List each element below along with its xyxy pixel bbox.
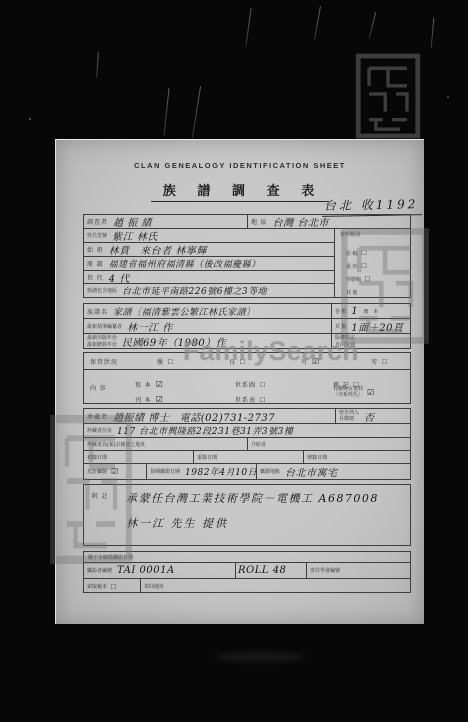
genealogy-title-label: 族譜名 <box>84 307 111 316</box>
condition-poor-checkbox: □ <box>381 357 388 366</box>
remarks-line1: 承蒙任台灣工業技術學院－電機工 A687008 <box>124 490 381 506</box>
content-pedigree-table-label: 世系表 <box>232 398 259 404</box>
area-value: 台灣 台北市 <box>271 215 331 228</box>
material-type-header: 資料類別 <box>337 231 363 238</box>
film-scratch <box>245 8 251 46</box>
added-record-date-label: 增錄日期 <box>304 454 330 461</box>
listed-label: 曾否列入 目錄冊 <box>336 410 362 423</box>
holder-value: 趙振績 博士 電話(02)731-2737 <box>111 409 277 423</box>
year-label-line1: 最新出版年份 <box>87 335 117 341</box>
film-smudge <box>215 652 305 662</box>
film-scratch <box>314 6 321 40</box>
holder-address-value: 117 台北市興隆路2段231巷31弄3號3樓 <box>115 424 295 437</box>
genealogy-title-value: 家譜〔福清紫雲公繁江林氏家譜〕 <box>111 305 258 318</box>
content-manuscript-checkbox: ☑ <box>155 380 164 389</box>
volumes-label: 卷 數 <box>332 308 349 315</box>
microfilm-header: 關于本縮微攝影日期 <box>84 554 136 561</box>
genealogy-form-paper: CLAN GENEALOGY IDENTIFICATION SHEET 族 譜 … <box>55 139 424 624</box>
content-printed-label: 刊 本 <box>132 398 155 404</box>
dust-speck <box>29 118 31 120</box>
material-type-column: 資料類別 原 稿□ 重 抄□ 抄謄稿□ 其 他 <box>335 229 410 297</box>
photographer-number-value: TAI 0001A <box>115 565 177 576</box>
photographer-number-label: 攝影者編號 <box>84 567 115 574</box>
listed-label-line2: 目錄冊 <box>339 416 359 422</box>
dust-speck <box>447 96 449 98</box>
seal-bleedthrough-top-icon <box>348 52 428 140</box>
surname-hall-label: 姓氏堂號 <box>84 232 110 239</box>
sheet-title-chinese-text: 族 譜 調 查 表 <box>151 180 329 202</box>
compiler-value: 林一江 作 <box>125 319 175 333</box>
introducer-label: 介紹者 <box>248 441 269 448</box>
content-label: 內 容 <box>84 383 110 392</box>
film-scratch <box>163 88 169 136</box>
association-address-label: 珍藏者為(某)宗親會之地址 <box>84 441 148 448</box>
request-copy-label: 索取複本 <box>84 583 110 590</box>
year-label: 最新出版年份 最新謄寫年份 <box>84 335 120 348</box>
sheet-title-english: CLAN GENEALOGY IDENTIFICATION SHEET <box>56 161 424 170</box>
listed-value: 否 <box>362 409 377 423</box>
microfilm-table: 關于本縮微攝影日期 攝影者編號 TAI 0001A ROLL 48 寄往學會編號… <box>83 551 411 593</box>
filming-permitted-label: 允許攝製 <box>84 468 110 475</box>
holder-address-label: 珍藏者住址 <box>84 427 115 434</box>
content-printed-checkbox: ☑ <box>155 395 164 404</box>
material-other-label: 其 他 <box>343 290 360 296</box>
filming-date-label: 預期攝製日期 <box>147 468 183 475</box>
content-pedigree-table-checkbox: □ <box>259 395 266 404</box>
remarks-table: 附 註 承蒙任台灣工業技術學院－電機工 A687008 林一江 先生 提供 <box>83 484 411 546</box>
founder-value: 林賁 來台者 林寧輝 <box>107 242 209 257</box>
coverage-label: 族譜包含地區 <box>84 287 120 294</box>
request-copy-checkbox: □ <box>110 582 117 591</box>
content-women-label-line2: 〔旁系姓氏〕 <box>333 392 363 398</box>
film-scratch <box>431 18 435 48</box>
origin-value: 福建省福州府福清縣（後改福慶縣） <box>107 257 263 270</box>
filming-place-value: 台北市寓宅 <box>283 464 340 479</box>
film-scratch <box>192 86 201 138</box>
content-women-label: 有關婦女資料 〔旁系姓氏〕 <box>330 386 366 399</box>
material-transcript-checkbox: □ <box>364 274 371 283</box>
filming-permitted-checkbox: ☑ <box>110 467 119 476</box>
volumes-unit: 冊 本 <box>360 308 381 315</box>
microfilm-scan-frame: CLAN GENEALOGY IDENTIFICATION SHEET 族 譜 … <box>0 0 468 722</box>
condition-label: 保管狀況 <box>84 357 121 366</box>
filming-date-value: 1982年4月10日 <box>183 465 257 478</box>
re-record-date-label: 重錄日期 <box>194 454 220 461</box>
film-scratch <box>96 52 99 78</box>
holder-label: 珍藏者 <box>84 412 111 421</box>
film-number-text: 台北 收1192 <box>322 197 421 213</box>
filming-place-label: 攝製地點 <box>257 468 283 475</box>
condition-excellent-checkbox: □ <box>167 357 174 366</box>
pages-label: 頁 數 <box>332 323 349 330</box>
surname-hall-value: 紫江 林氏 <box>110 228 160 243</box>
return-address-label: 寄回地址 <box>141 583 167 590</box>
pages-value: 1面＋20頁 <box>349 319 405 333</box>
content-pedigree-chart-checkbox: □ <box>259 380 266 389</box>
familysearch-watermark: FamilySearch <box>183 336 359 367</box>
condition-poor-label: 劣 <box>368 357 381 366</box>
film-scratch <box>369 12 376 37</box>
area-label: 地 區 <box>248 217 271 226</box>
content-women-checkbox: ☑ <box>366 388 375 397</box>
society-number-label: 寄往學會編號 <box>307 567 343 574</box>
founder-label: 始 祖 <box>84 245 107 254</box>
generations-label: 世 代 <box>84 273 107 282</box>
coverage-value: 台北市延平南路226號6樓之3等地 <box>120 284 269 297</box>
remarks-line2: 林一江 先生 提供 <box>124 515 230 531</box>
first-record-date-label: 初錄日期 <box>84 454 110 461</box>
origin-label: 原 籍 <box>84 259 107 268</box>
roll-number-value: ROLL 48 <box>236 565 288 576</box>
generations-value: 4 代 <box>107 270 132 285</box>
investigator-label: 調查者 <box>84 217 111 226</box>
condition-excellent-label: 優 <box>154 357 167 366</box>
year-label-line2: 最新謄寫年份 <box>87 342 117 348</box>
volumes-value: 1 <box>349 306 360 317</box>
compiler-label: 最新執筆編纂者 <box>84 323 125 330</box>
identity-table: 調查者 趙 振 績 地 區 台灣 台北市 姓氏堂號 紫江 林氏 始 祖 林賁 <box>83 214 411 298</box>
holder-table: 珍藏者 趙振績 博士 電話(02)731-2737 曾否列入 目錄冊 否 珍藏者… <box>83 408 411 480</box>
remarks-label: 附 註 <box>89 491 112 500</box>
investigator-value: 趙 振 績 <box>111 215 154 228</box>
